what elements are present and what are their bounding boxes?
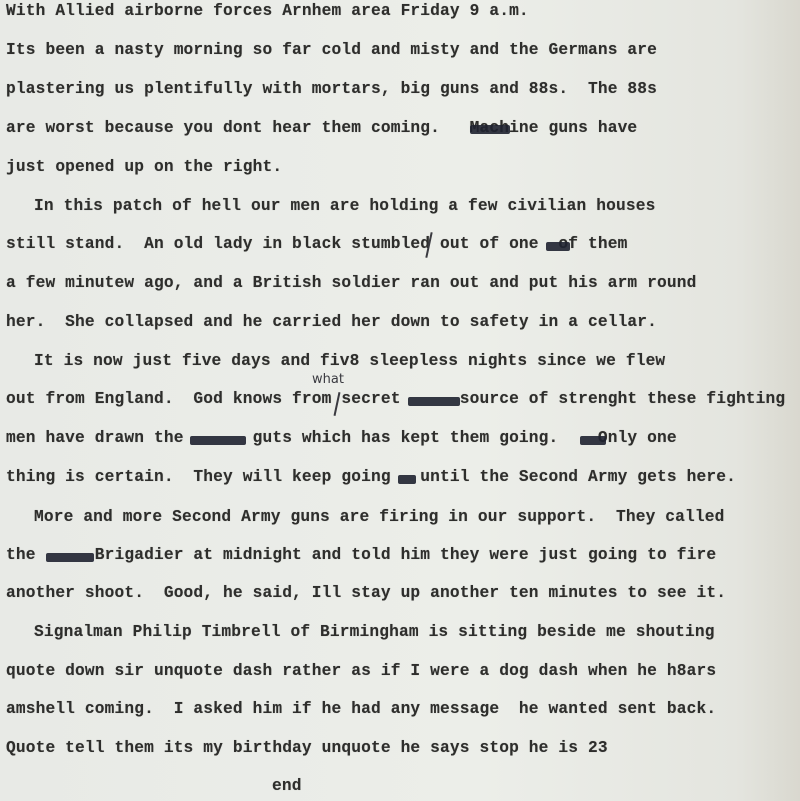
text-line: quote down sir unquote dash rather as if… xyxy=(6,662,716,680)
text-line: the Brigadier at midnight and told him t… xyxy=(6,546,716,564)
text-line: amshell coming. I asked him if he had an… xyxy=(6,700,716,718)
text-line: men have drawn the guts which has kept t… xyxy=(6,429,677,447)
dateline: With Allied airborne forces Arnhem area … xyxy=(6,2,529,20)
text-line: Its been a nasty morning so far cold and… xyxy=(6,41,657,59)
text-line: Quote tell them its my birthday unquote … xyxy=(6,739,608,757)
strikeout-mark xyxy=(398,475,416,484)
handwritten-insertion: what xyxy=(312,372,344,387)
typewritten-page: With Allied airborne forces Arnhem area … xyxy=(0,0,800,801)
text-line: just opened up on the right. xyxy=(6,158,282,176)
strikeout-mark xyxy=(408,397,460,406)
text-line: a few minutew ago, and a British soldier… xyxy=(6,274,697,292)
text-line: In this patch of hell our men are holdin… xyxy=(34,197,655,215)
text-line: still stand. An old lady in black stumbl… xyxy=(6,235,627,253)
text-line: her. She collapsed and he carried her do… xyxy=(6,313,657,331)
strikeout-mark xyxy=(190,436,246,445)
text-line: out from England. God knows from secret … xyxy=(6,390,785,408)
text-line: Signalman Philip Timbrell of Birmingham … xyxy=(34,623,715,641)
strikeout-mark xyxy=(580,436,606,445)
text-line: are worst because you dont hear them com… xyxy=(6,119,637,137)
end-marker: end xyxy=(272,777,302,795)
text-line: thing is certain. They will keep going u… xyxy=(6,468,736,486)
strikeout-mark xyxy=(46,553,94,562)
text-line: plastering us plentifully with mortars, … xyxy=(6,80,657,98)
text-line: It is now just five days and fiv8 sleepl… xyxy=(34,352,665,370)
text-line: More and more Second Army guns are firin… xyxy=(34,508,725,526)
strikeout-mark xyxy=(546,242,570,251)
strikeout-mark xyxy=(470,125,510,134)
text-line: another shoot. Good, he said, Ill stay u… xyxy=(6,584,726,602)
